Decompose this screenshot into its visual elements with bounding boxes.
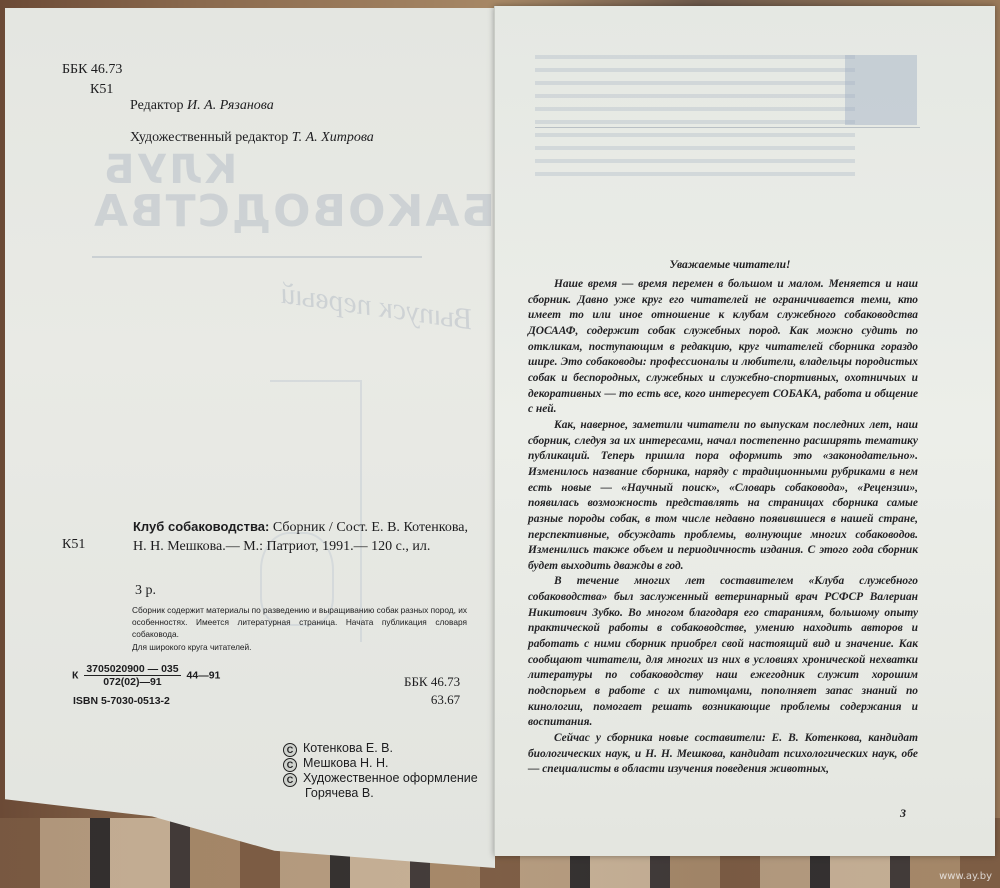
greeting-heading: Уважаемые читатели! [605, 259, 855, 271]
show-through-dog-illustration [270, 380, 362, 642]
copyright-icon: C [283, 773, 297, 787]
copyright-line: CМешкова Н. Н. [283, 757, 478, 772]
paragraph: Наше время — время перемен в большом и м… [528, 277, 918, 418]
paragraph: Как, наверное, заметили читатели по выпу… [528, 418, 918, 575]
editor-credit: Редактор И. А. Рязанова [130, 98, 274, 114]
editor-name: И. А. Рязанова [187, 98, 274, 113]
show-through-rule [535, 127, 920, 128]
bibliographic-record: Клуб собаководства: Сборник / Сост. Е. В… [133, 517, 468, 556]
show-through-rule [92, 256, 422, 258]
catalog-fraction: 3705020900 — 035 072(02)—91 [84, 663, 180, 688]
show-through-photo [845, 55, 917, 125]
art-editor-name: Т. А. Хитрова [292, 130, 374, 145]
foreword-text: Наше время — время перемен в большом и м… [528, 277, 918, 778]
show-through-text-block [535, 55, 855, 185]
paragraph: В течение многих лет составителем «Клуба… [528, 574, 918, 731]
book-title: Клуб собаководства: [133, 519, 269, 534]
bbk-bottom: ББК 46.73 63.67 [404, 673, 460, 709]
audience-note: Для широкого круга читателей. [132, 642, 251, 652]
copyright-icon: C [283, 758, 297, 772]
paragraph: Сейчас у сборника новые составители: Е. … [528, 731, 918, 778]
art-editor-credit: Художественный редактор Т. А. Хитрова [130, 130, 374, 146]
bbk-classification: ББК 46.73 К51 [62, 60, 122, 100]
author-sign: К51 [62, 80, 122, 100]
isbn: ISBN 5-7030-0513-2 [73, 695, 170, 707]
watermark: www.ay.by [939, 871, 992, 882]
copyright-line: CКотенкова Е. В. [283, 742, 478, 757]
annotation: Сборник содержит материалы по разведению… [132, 604, 467, 640]
copyright-line: CХудожественное оформление [283, 772, 478, 787]
bibliographic-author-sign: К51 [62, 537, 85, 553]
copyright-notices: CКотенкова Е. В. CМешкова Н. Н. CХудожес… [283, 742, 478, 801]
catalog-index: К 3705020900 — 035 072(02)—91 44—91 [72, 663, 220, 688]
price: 3 р. [135, 583, 156, 599]
copyright-icon: C [283, 743, 297, 757]
page-number: 3 [900, 806, 906, 821]
